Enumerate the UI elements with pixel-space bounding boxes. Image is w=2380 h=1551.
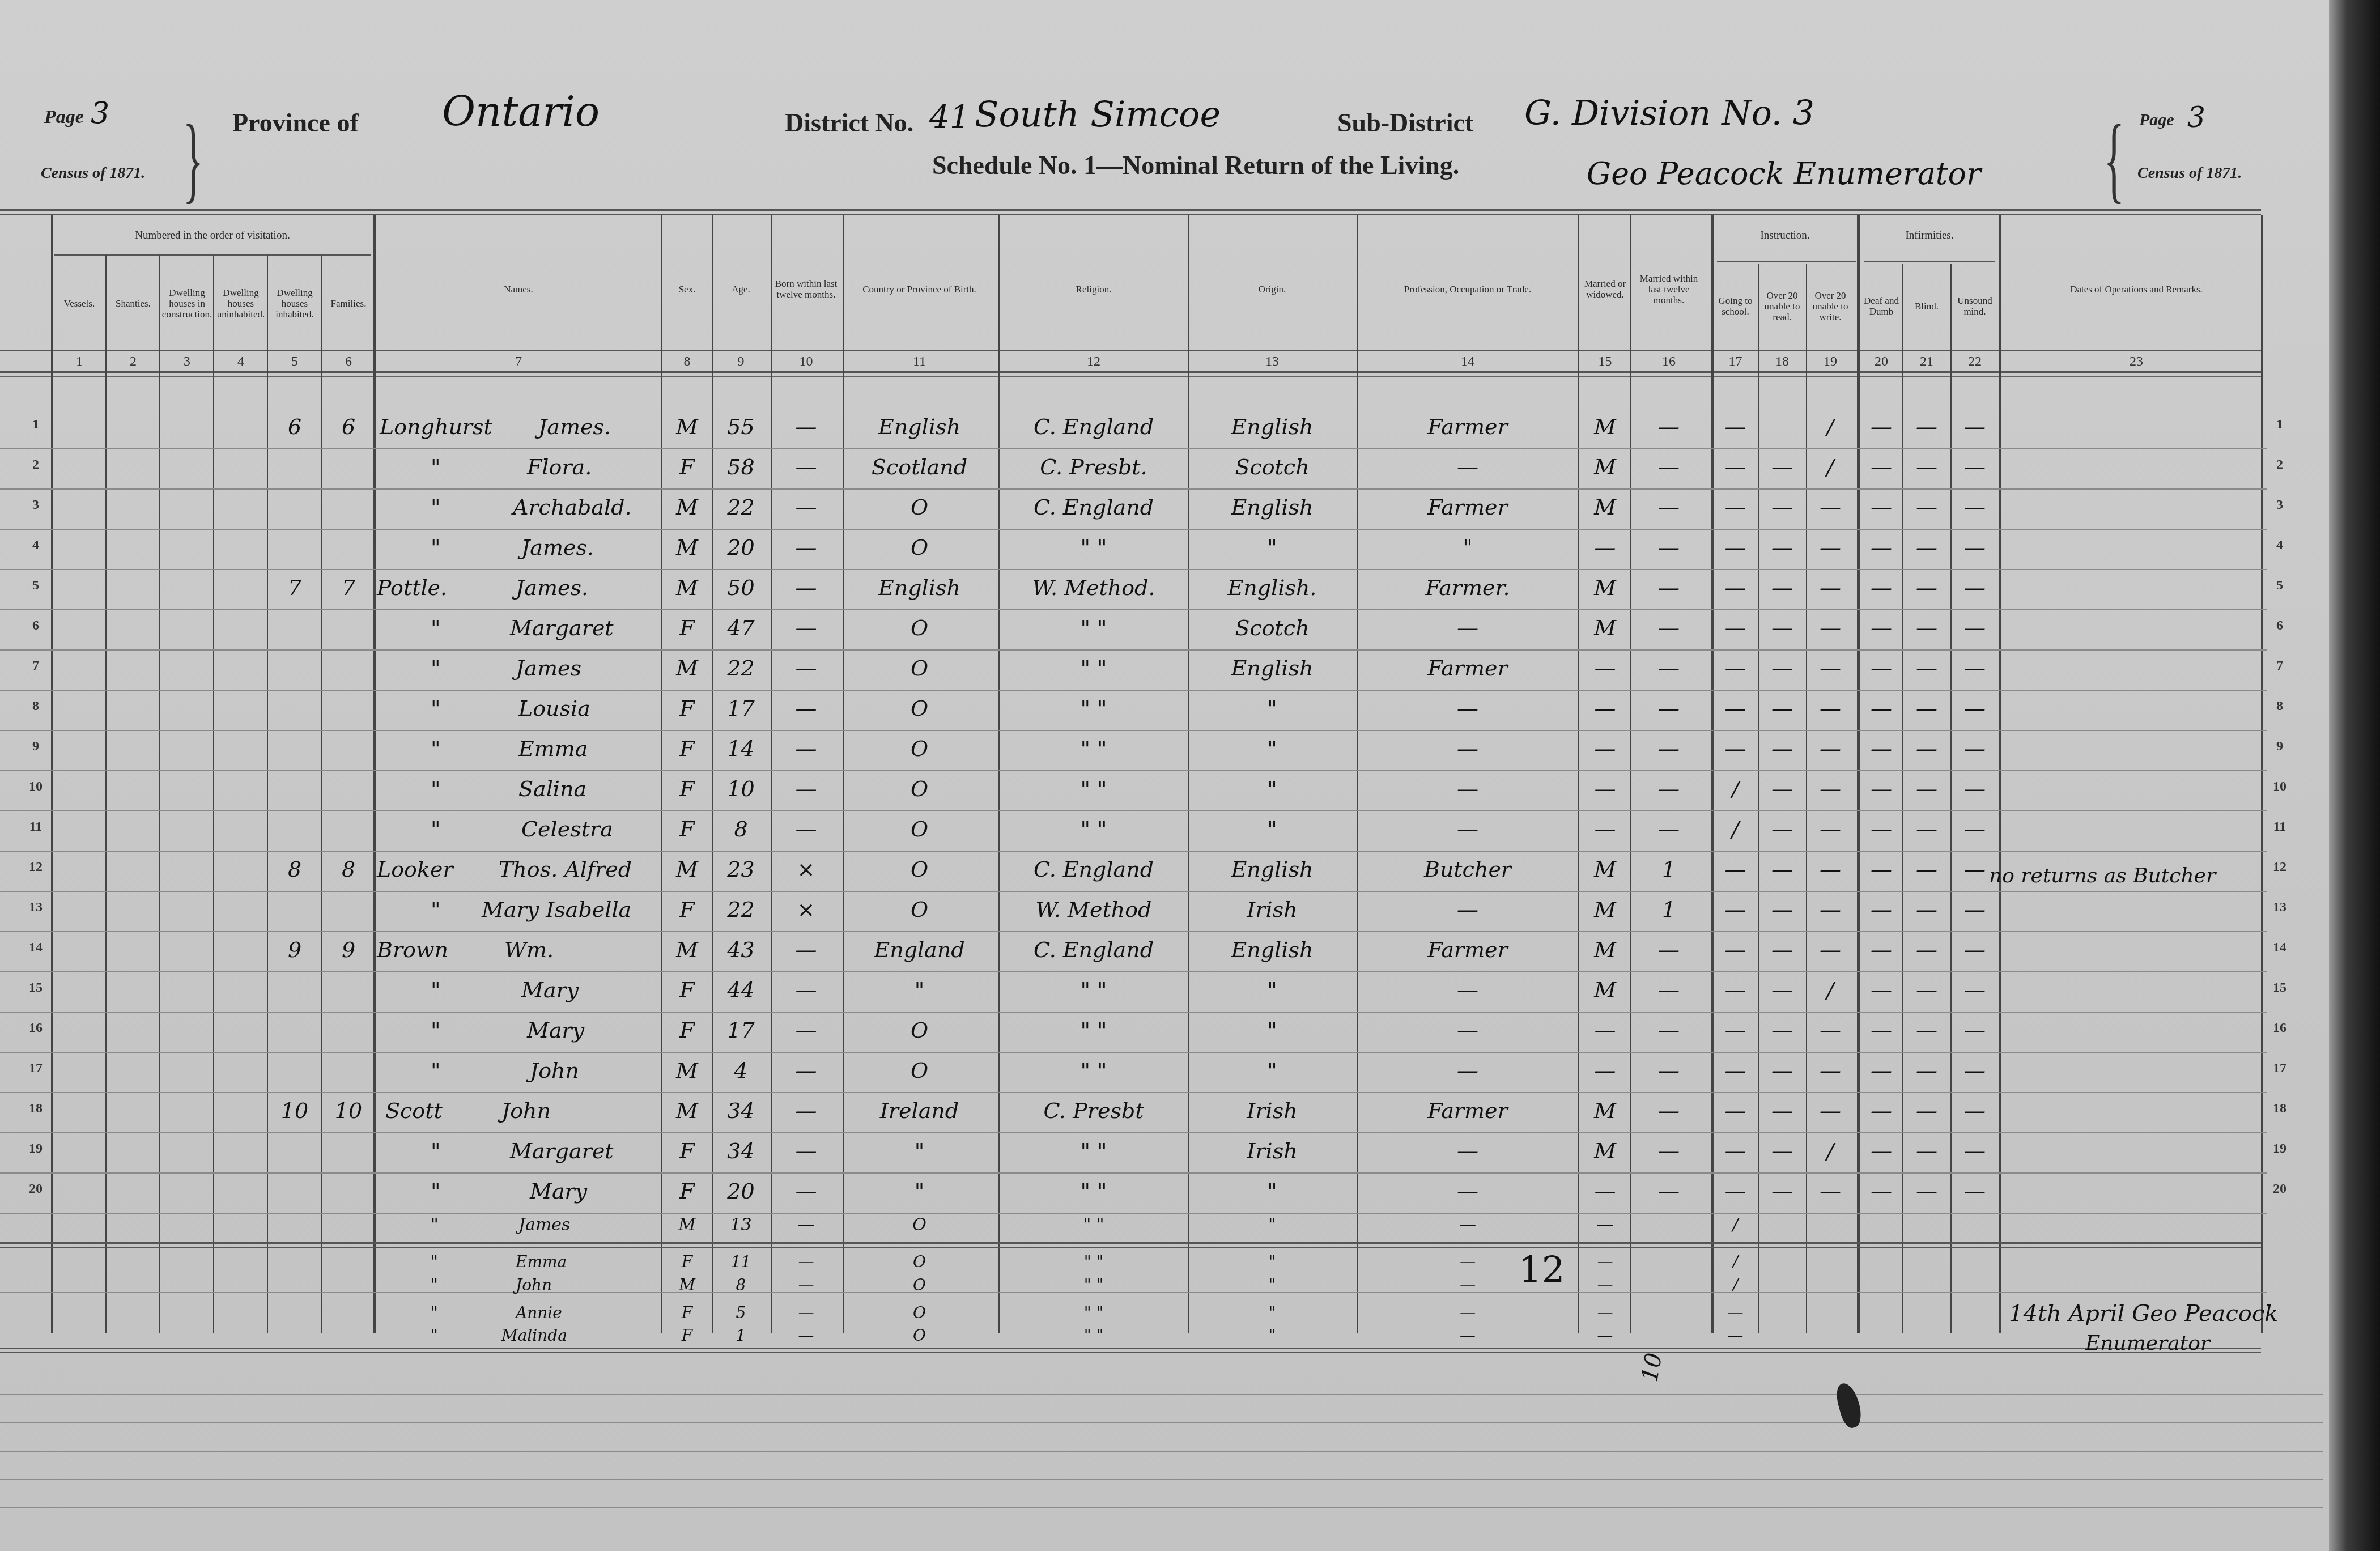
page-label-right: Page: [2139, 111, 2174, 130]
sex: F: [663, 769, 711, 809]
born-12-months: —: [773, 930, 839, 970]
given-name: James: [516, 648, 581, 688]
age: 22: [714, 890, 768, 929]
family-number: 8: [323, 849, 374, 889]
table-bottom-rule: [0, 1242, 2261, 1244]
age: 1: [714, 1324, 768, 1347]
married: —: [1581, 528, 1629, 567]
line-number: 8: [22, 699, 50, 714]
top-rule: [0, 209, 2261, 211]
col-line: [1630, 215, 1631, 1333]
deaf-dumb: —: [1861, 689, 1901, 728]
colnum-17: 17: [1714, 354, 1757, 369]
line-number-right: 13: [2266, 900, 2294, 915]
married: —: [1581, 729, 1629, 768]
origin: Irish: [1190, 1131, 1354, 1171]
colhead-blind: Blind.: [1904, 266, 1949, 346]
origin: ": [1190, 1302, 1354, 1324]
origin: ": [1190, 1051, 1354, 1090]
line-number-right: 12: [2266, 860, 2294, 875]
deaf-dumb: —: [1861, 447, 1901, 487]
given-name: James.: [538, 407, 611, 447]
origin: Scotch: [1190, 608, 1354, 648]
family-number: 9: [323, 930, 374, 970]
surname: ": [431, 890, 440, 929]
birthplace: O: [844, 608, 994, 648]
schedule-title: Schedule No. 1—Nominal Return of the Liv…: [932, 150, 1459, 180]
married: M: [1581, 970, 1629, 1010]
dwelling-number: 7: [269, 568, 320, 607]
col-line: [267, 255, 268, 1333]
religion: C. Presbt.: [1000, 447, 1187, 487]
occupation: —: [1360, 1131, 1575, 1171]
census-year-right: Census of 1871.: [2137, 164, 2242, 182]
colnum-5: 5: [269, 354, 320, 369]
birthplace: Ireland: [844, 1091, 994, 1131]
given-name: Wm.: [504, 930, 554, 970]
religion: " ": [1000, 648, 1187, 688]
line-number-right: 7: [2266, 658, 2294, 674]
occupation: —: [1360, 689, 1575, 728]
colnum-19: 19: [1808, 354, 1853, 369]
age: 4: [714, 1051, 768, 1090]
surname: ": [431, 1302, 438, 1324]
line-number: 10: [22, 779, 50, 794]
birthplace: ": [844, 1171, 994, 1211]
birthplace: O: [844, 1051, 994, 1090]
origin: ": [1190, 528, 1354, 567]
married-12-months: 1: [1632, 890, 1706, 929]
married-12-months: —: [1632, 689, 1706, 728]
dwelling-number: 10: [269, 1091, 320, 1131]
surname: ": [431, 1251, 438, 1273]
born-12-months: —: [773, 1010, 839, 1050]
sex: M: [663, 407, 711, 447]
unsound-mind: —: [1952, 689, 1997, 728]
colnum-6: 6: [323, 354, 374, 369]
deaf-dumb: —: [1861, 407, 1901, 447]
unable-write: —: [1808, 689, 1853, 728]
born-12-months: —: [773, 1131, 839, 1171]
sex: M: [663, 849, 711, 889]
married: —: [1581, 1274, 1629, 1297]
birthplace: O: [844, 1302, 994, 1324]
married: M: [1581, 407, 1629, 447]
line-number: 13: [22, 900, 50, 915]
deaf-dumb: —: [1861, 528, 1901, 567]
born-12-months: —: [773, 407, 839, 447]
origin: ": [1190, 1324, 1354, 1347]
origin: ": [1190, 809, 1354, 849]
married: M: [1581, 890, 1629, 929]
school: /: [1714, 1213, 1757, 1238]
colnum-21: 21: [1904, 354, 1949, 369]
col-line: [2261, 215, 2263, 1333]
unsound-mind: —: [1952, 1091, 1997, 1131]
blind: —: [1904, 729, 1949, 768]
colnum-20: 20: [1861, 354, 1901, 369]
age: 23: [714, 849, 768, 889]
sex: F: [663, 1251, 711, 1273]
married: M: [1581, 447, 1629, 487]
surname: ": [431, 447, 440, 487]
given-name: James.: [521, 528, 594, 567]
born-12-months: —: [773, 970, 839, 1010]
sex: M: [663, 568, 711, 607]
line-number-right: 11: [2266, 819, 2294, 835]
religion: " ": [1000, 729, 1187, 768]
colnum-7: 7: [377, 354, 660, 369]
occupation: Farmer.: [1360, 568, 1575, 607]
surname: ": [431, 729, 440, 768]
blind: —: [1904, 809, 1949, 849]
religion: " ": [1000, 1171, 1187, 1211]
sex: F: [663, 447, 711, 487]
school: —: [1714, 970, 1757, 1010]
district-number: 41: [929, 99, 970, 136]
colnum-3: 3: [161, 354, 212, 369]
line-number-right: 16: [2266, 1021, 2294, 1036]
school: —: [1714, 608, 1757, 648]
colhead-birthplace: Country or Province of Birth.: [844, 232, 994, 346]
province-value: Ontario: [442, 88, 600, 135]
blank-line: [0, 1507, 2323, 1508]
unable-write: —: [1808, 608, 1853, 648]
page-label-left: Page: [44, 107, 84, 128]
born-12-months: —: [773, 1171, 839, 1211]
line-number: 7: [22, 658, 50, 674]
occupation: —: [1360, 1213, 1575, 1238]
married-12-months: —: [1632, 1091, 1706, 1131]
religion: " ": [1000, 608, 1187, 648]
religion: " ": [1000, 689, 1187, 728]
subdistrict-label: Sub-District: [1337, 108, 1473, 138]
group-instruction-rule: [1717, 261, 1856, 262]
col-line: [213, 255, 214, 1333]
origin: English: [1190, 487, 1354, 527]
line-number: 6: [22, 618, 50, 634]
page-end-rule: [0, 1348, 2261, 1349]
married-12-months: —: [1632, 1131, 1706, 1171]
deaf-dumb: —: [1861, 729, 1901, 768]
married-12-months: —: [1632, 769, 1706, 809]
occupation: Butcher: [1360, 849, 1575, 889]
col-line: [159, 255, 160, 1333]
colnum-1: 1: [54, 354, 105, 369]
age: 50: [714, 568, 768, 607]
occupation: —: [1360, 1010, 1575, 1050]
married-12-months: —: [1632, 970, 1706, 1010]
line-number: 16: [22, 1021, 50, 1036]
age: 22: [714, 648, 768, 688]
colhead-vessels: Vessels.: [54, 261, 105, 346]
blind: —: [1904, 648, 1949, 688]
unsound-mind: —: [1952, 1010, 1997, 1050]
school: —: [1714, 1324, 1757, 1347]
colhead-dwellings-inhabited: Dwelling houses inhabited.: [269, 261, 320, 346]
occupation: —: [1360, 1302, 1575, 1324]
origin: English: [1190, 930, 1354, 970]
origin: ": [1190, 689, 1354, 728]
given-name: Thos. Alfred: [499, 849, 632, 889]
religion: " ": [1000, 1274, 1187, 1297]
born-12-months: —: [773, 1091, 839, 1131]
unable-read: —: [1759, 809, 1805, 849]
unsound-mind: —: [1952, 407, 1997, 447]
colhead-unsound-mind: Unsound mind.: [1952, 266, 1997, 346]
col-line: [373, 215, 376, 1333]
col-line: [321, 255, 322, 1333]
unable-write: —: [1808, 1171, 1853, 1211]
born-12-months: —: [773, 1051, 839, 1090]
school: /: [1714, 1274, 1757, 1297]
group-visitation-rule: [54, 254, 371, 256]
religion: " ": [1000, 809, 1187, 849]
sex: F: [663, 1324, 711, 1347]
born-12-months: —: [773, 447, 839, 487]
married-12-months: —: [1632, 930, 1706, 970]
unable-read: —: [1759, 608, 1805, 648]
unable-read: —: [1759, 447, 1805, 487]
surname: Pottle.: [377, 568, 447, 607]
line-number: 11: [22, 819, 50, 835]
colnum-4: 4: [215, 354, 266, 369]
surname: ": [431, 1131, 440, 1171]
blind: —: [1904, 769, 1949, 809]
family-number: 6: [323, 407, 374, 447]
line-number-right: 9: [2266, 739, 2294, 754]
school: —: [1714, 1171, 1757, 1211]
given-name: Margaret: [510, 1131, 614, 1171]
occupation: —: [1360, 970, 1575, 1010]
school: —: [1714, 1010, 1757, 1050]
age: 55: [714, 407, 768, 447]
religion: " ": [1000, 769, 1187, 809]
origin: English.: [1190, 568, 1354, 607]
col-line: [51, 215, 53, 1333]
school: /: [1714, 809, 1757, 849]
born-12-months: —: [773, 568, 839, 607]
married-12-months: —: [1632, 447, 1706, 487]
col-line: [661, 215, 662, 1333]
given-name: Emma: [516, 1251, 567, 1273]
colnum-12: 12: [1000, 354, 1187, 369]
unable-read: —: [1759, 729, 1805, 768]
origin: ": [1190, 1274, 1354, 1297]
line-number: 9: [22, 739, 50, 754]
age: 34: [714, 1091, 768, 1131]
unable-read: —: [1759, 890, 1805, 929]
born-12-months: —: [773, 1302, 839, 1324]
blind: —: [1904, 970, 1949, 1010]
unable-write: /: [1808, 970, 1853, 1010]
page-number-left: 3: [91, 96, 109, 130]
origin: ": [1190, 1010, 1354, 1050]
origin: English: [1190, 407, 1354, 447]
religion: W. Method: [1000, 890, 1187, 929]
age: 58: [714, 447, 768, 487]
deaf-dumb: —: [1861, 568, 1901, 607]
married-12-months: —: [1632, 729, 1706, 768]
group-instruction: Instruction.: [1714, 224, 1856, 247]
unsound-mind: —: [1952, 608, 1997, 648]
colhead-shanties: Shanties.: [108, 261, 159, 346]
religion: " ": [1000, 1010, 1187, 1050]
school: —: [1714, 447, 1757, 487]
given-name: Salina: [518, 769, 586, 809]
line-number: 17: [22, 1061, 50, 1076]
line-number: 15: [22, 980, 50, 996]
married: M: [1581, 568, 1629, 607]
age: 20: [714, 1171, 768, 1211]
unable-read: —: [1759, 1051, 1805, 1090]
unable-write: —: [1808, 930, 1853, 970]
sex: M: [663, 528, 711, 567]
census-year-left: Census of 1871.: [41, 164, 145, 182]
unable-read: —: [1759, 1010, 1805, 1050]
header-brace-left: }: [182, 111, 203, 207]
line-number-right: 6: [2266, 618, 2294, 634]
religion: " ": [1000, 1131, 1187, 1171]
col-line: [105, 255, 107, 1333]
occupation: —: [1360, 1324, 1575, 1347]
born-12-months: —: [773, 528, 839, 567]
religion: " ": [1000, 1251, 1187, 1273]
school: —: [1714, 528, 1757, 567]
married-12-months: —: [1632, 1010, 1706, 1050]
blind: —: [1904, 568, 1949, 607]
unable-write: —: [1808, 890, 1853, 929]
religion: C. Presbt: [1000, 1091, 1187, 1131]
occupation: ": [1360, 528, 1575, 567]
colnum-11: 11: [844, 354, 994, 369]
unsound-mind: —: [1952, 528, 1997, 567]
surname: ": [431, 1213, 439, 1238]
unable-read: —: [1759, 689, 1805, 728]
col-line: [712, 215, 713, 1333]
age: 8: [714, 1274, 768, 1297]
unsound-mind: —: [1952, 568, 1997, 607]
school: —: [1714, 648, 1757, 688]
blank-line: [0, 1451, 2323, 1452]
unsound-mind: —: [1952, 1051, 1997, 1090]
deaf-dumb: —: [1861, 1091, 1901, 1131]
blind: —: [1904, 1131, 1949, 1171]
age: 14: [714, 729, 768, 768]
line-number-right: 10: [2266, 779, 2294, 794]
colhead-age: Age.: [714, 232, 768, 346]
unsound-mind: —: [1952, 930, 1997, 970]
given-name: Margaret: [510, 608, 614, 648]
unsound-mind: —: [1952, 487, 1997, 527]
line-number-right: 2: [2266, 457, 2294, 473]
unable-write: /: [1808, 1131, 1853, 1171]
school: —: [1714, 890, 1757, 929]
closing-remark-enumerator: Enumerator: [2085, 1332, 2210, 1355]
line-number-right: 14: [2266, 940, 2294, 955]
deaf-dumb: —: [1861, 1010, 1901, 1050]
tally-ten: 10: [1637, 1351, 1667, 1384]
deaf-dumb: —: [1861, 487, 1901, 527]
surname: Scott: [385, 1091, 443, 1131]
enumerator-header: Geo Peacock Enumerator: [1587, 156, 1981, 192]
unable-write: —: [1808, 1051, 1853, 1090]
sex: F: [663, 1131, 711, 1171]
unable-read: —: [1759, 1171, 1805, 1211]
birthplace: O: [844, 849, 994, 889]
unable-write: —: [1808, 769, 1853, 809]
blind: —: [1904, 1171, 1949, 1211]
colnum-13: 13: [1190, 354, 1354, 369]
line-number: 12: [22, 860, 50, 875]
unable-write: —: [1808, 568, 1853, 607]
occupation: Farmer: [1360, 648, 1575, 688]
sex: F: [663, 1302, 711, 1324]
age: 17: [714, 1010, 768, 1050]
religion: " ": [1000, 970, 1187, 1010]
deaf-dumb: —: [1861, 608, 1901, 648]
colnum-14: 14: [1360, 354, 1575, 369]
religion: " ": [1000, 1324, 1187, 1347]
born-12-months: ×: [773, 849, 839, 889]
surname: ": [431, 970, 440, 1010]
married: —: [1581, 1010, 1629, 1050]
deaf-dumb: —: [1861, 930, 1901, 970]
birthplace: O: [844, 528, 994, 567]
given-name: Mary: [527, 1010, 584, 1050]
married: —: [1581, 689, 1629, 728]
deaf-dumb: —: [1861, 809, 1901, 849]
blank-line: [0, 1479, 2323, 1480]
age: 17: [714, 689, 768, 728]
colnum-rule-bottom: [0, 371, 2261, 373]
given-name: James: [518, 1213, 571, 1238]
religion: " ": [1000, 1302, 1187, 1324]
colhead-married-12-months: Married within last twelve months.: [1632, 232, 1706, 346]
closing-remark-date-signature: 14th April Geo Peacock: [2009, 1301, 2279, 1327]
colnum-16: 16: [1632, 354, 1706, 369]
origin: ": [1190, 729, 1354, 768]
unable-read: —: [1759, 1091, 1805, 1131]
colhead-unable-write: Over 20 unable to write.: [1808, 266, 1853, 346]
birthplace: English: [844, 568, 994, 607]
colnum-15: 15: [1581, 354, 1629, 369]
origin: ": [1190, 1251, 1354, 1273]
age: 47: [714, 608, 768, 648]
school: —: [1714, 689, 1757, 728]
census-page: Page 3 Census of 1871. } Province of Ont…: [0, 0, 2352, 1551]
occupation: Farmer: [1360, 407, 1575, 447]
married: M: [1581, 1091, 1629, 1131]
school: —: [1714, 1131, 1757, 1171]
given-name: Lousia: [518, 689, 590, 728]
given-name: Mary Isabella: [482, 890, 631, 929]
family-number: 10: [323, 1091, 374, 1131]
unable-read: —: [1759, 648, 1805, 688]
sex: F: [663, 1010, 711, 1050]
age: 44: [714, 970, 768, 1010]
married-12-months: —: [1632, 1051, 1706, 1090]
given-name: Emma: [518, 729, 588, 768]
line-number: 1: [22, 417, 50, 432]
deaf-dumb: —: [1861, 1051, 1901, 1090]
origin: ": [1190, 769, 1354, 809]
married: —: [1581, 1302, 1629, 1324]
sex: M: [663, 1051, 711, 1090]
born-12-months: —: [773, 1274, 839, 1297]
line-number-right: 15: [2266, 980, 2294, 996]
given-name: John: [501, 1091, 551, 1131]
